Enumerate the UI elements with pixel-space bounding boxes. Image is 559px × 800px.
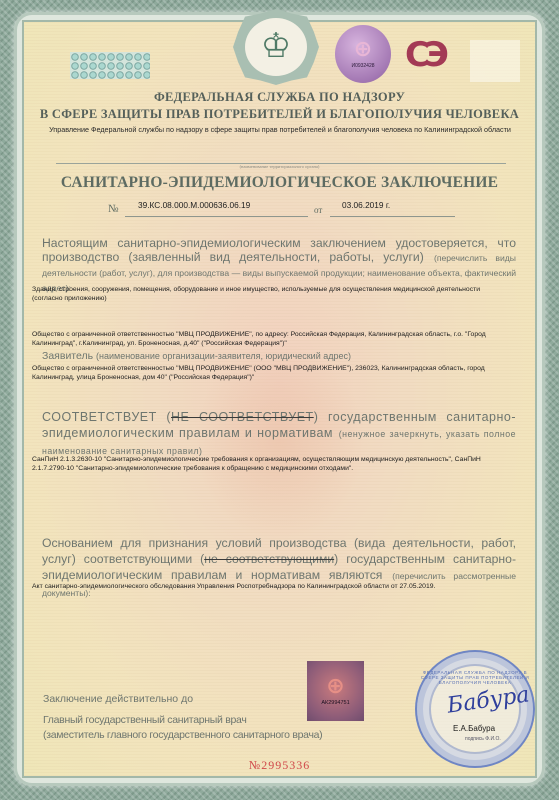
- object-value: Здания, строения, сооружения, помещения,…: [32, 285, 492, 303]
- hologram-sticker-top: ⊕ И0932428: [335, 25, 391, 83]
- hologram-logo-icon: ⊕: [354, 39, 372, 61]
- address-value: Общество с ограниченной ответственностью…: [32, 330, 492, 348]
- sanitary-rules-value: СанПиН 2.1.3.2630-10 "Санитарно-эпидемио…: [32, 455, 492, 473]
- document-number: 39.КС.08.000.М.000636.06.19: [138, 200, 250, 210]
- compliance-form-text: СООТВЕТСТВУЕТ (НЕ СООТВЕТСТВУЕТ) государ…: [42, 409, 516, 459]
- basis-form-text: Основанием для признания условий произво…: [42, 535, 516, 601]
- chief-line1: Главный государственный санитарный врач: [43, 713, 322, 728]
- number-label: №: [108, 203, 119, 215]
- authority-caption: (наименование территориального органа): [0, 164, 559, 169]
- not-complies-struck: НЕ СООТВЕТСТВУЕТ: [171, 410, 314, 424]
- date-underline: [330, 216, 455, 217]
- document-title: САНИТАРНО-ЭПИДЕМИОЛОГИЧЕСКОЕ ЗАКЛЮЧЕНИЕ: [0, 174, 559, 192]
- org-title-line1: ФЕДЕРАЛЬНАЯ СЛУЖБА ПО НАДЗОРУ: [0, 90, 559, 105]
- hologram-logo-icon: ⊕: [326, 676, 344, 698]
- regional-authority: Управление Федеральной службы по надзору…: [40, 125, 520, 135]
- applicant-label-row: Заявитель (наименование организации-заяв…: [42, 350, 516, 362]
- chief-line2: (заместитель главного государственного с…: [43, 728, 322, 743]
- coat-of-arms-emblem: ♔: [232, 8, 320, 86]
- chief-doctor-label: Главный государственный санитарный врач …: [43, 713, 322, 743]
- se-logo: СЭ: [405, 38, 443, 72]
- applicant-hint: (наименование организации-заявителя, юри…: [96, 351, 351, 361]
- hologram-serial: И0932428: [351, 63, 374, 69]
- complies-text: СООТВЕТСТВУЕТ (: [42, 410, 171, 424]
- date-label: от: [314, 205, 322, 215]
- security-pattern-left: [70, 52, 150, 79]
- hologram-sticker-bottom: ⊕ АК2994751: [307, 661, 364, 721]
- form-serial-number: №2995336: [0, 758, 559, 773]
- number-underline: [125, 216, 308, 217]
- document-number-row: № 39.КС.08.000.М.000636.06.19 от 03.06.2…: [0, 200, 559, 220]
- org-title-line2: В СФЕРЕ ЗАЩИТЫ ПРАВ ПОТРЕБИТЕЛЕЙ И БЛАГО…: [0, 107, 559, 122]
- hologram-serial: АК2994751: [321, 700, 349, 706]
- signature: Бабура: [446, 682, 531, 718]
- valid-until-label: Заключение действительно до: [43, 693, 193, 705]
- applicant-label: Заявитель: [42, 350, 93, 362]
- signature-caption: подпись Ф.И.О.: [465, 736, 501, 742]
- security-pattern-right: [470, 40, 520, 82]
- basis-struck: не соответствующими: [204, 552, 334, 566]
- document-date: 03.06.2019 г.: [342, 200, 390, 210]
- certificate-page: ♔ ⊕ И0932428 СЭ ФЕДЕРАЛЬНАЯ СЛУЖБА ПО НА…: [0, 0, 559, 800]
- applicant-value: Общество с ограниченной ответственностью…: [32, 364, 492, 382]
- double-headed-eagle-icon: ♔: [245, 18, 307, 76]
- stamp-text: ФЕДЕРАЛЬНАЯ СЛУЖБА ПО НАДЗОРУ В СФЕРЕ ЗА…: [417, 670, 533, 685]
- official-stamp: ФЕДЕРАЛЬНАЯ СЛУЖБА ПО НАДЗОРУ В СФЕРЕ ЗА…: [415, 650, 535, 768]
- signer-name: Е.А.Бабура: [453, 724, 495, 733]
- basis-documents-value: Акт санитарно-эпидемиологического обслед…: [32, 582, 492, 591]
